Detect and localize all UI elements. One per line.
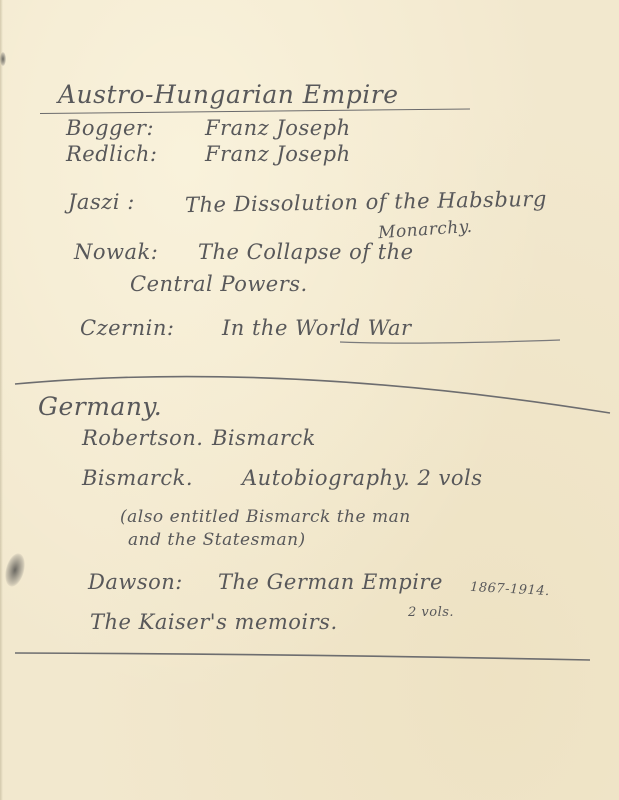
divider-line-2 (15, 653, 590, 660)
entry-author-bismarck: Bismarck. (82, 466, 193, 490)
entry-author-robertson: Robertson. (82, 426, 203, 450)
handwritten-page: Austro-Hungarian Empire Bogger: Franz Jo… (0, 0, 619, 800)
entry-author-dawson: Dawson: (88, 570, 183, 594)
world-war-tail-stroke (340, 340, 560, 343)
entry-title-german-empire: The German Empire (218, 570, 443, 594)
entry-title-kaisers-memoirs: The Kaiser's memoirs. (90, 610, 338, 634)
entry-note-also-entitled: (also entitled Bismarck the man (120, 507, 411, 527)
entry-note-statesman: and the Statesman) (128, 530, 306, 550)
edge-mark (0, 52, 6, 66)
section-heading-germany: Germany. (38, 392, 162, 421)
entry-title-bismarck: Bismarck (212, 426, 316, 450)
entry-volumes: 2 vols. (408, 605, 454, 620)
entry-title-autobiography: Autobiography. 2 vols (242, 466, 483, 490)
